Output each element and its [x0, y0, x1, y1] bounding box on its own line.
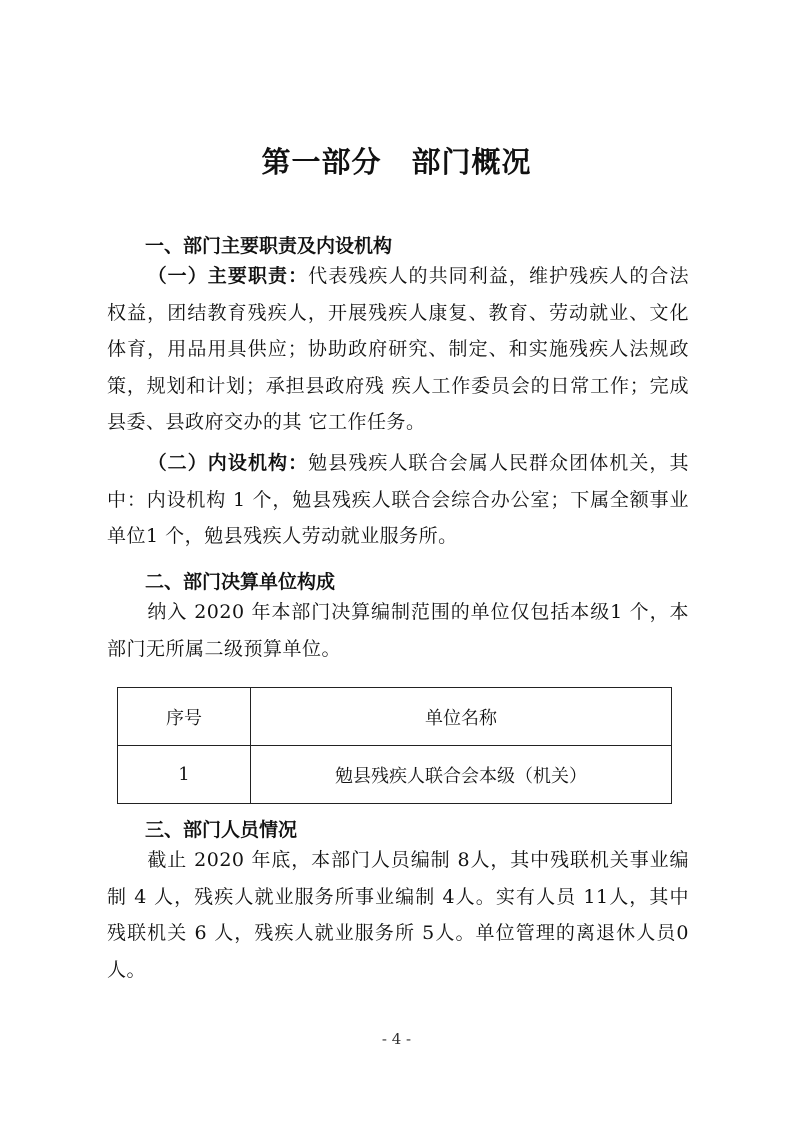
cell-unit-name: 勉县残疾人联合会本级（机关）: [251, 746, 672, 804]
section2-text: 纳入 2020 年本部门决算编制范围的单位仅包括本级1 个，本部门无所属二级预算…: [107, 601, 689, 660]
page-number: - 4 -: [0, 1030, 793, 1048]
section2-heading: 二、部门决算单位构成: [145, 567, 335, 594]
table-header-row: 序号 单位名称: [118, 688, 672, 746]
duties-text: 代表残疾人的共同利益，维护残疾人的合法权益，团结教育残疾人，开展残疾人康复、教育…: [107, 265, 689, 433]
units-table: 序号 单位名称 1 勉县残疾人联合会本级（机关）: [117, 687, 672, 804]
header-index: 序号: [118, 688, 251, 746]
header-unit-name: 单位名称: [251, 688, 672, 746]
duties-label: （一）主要职责：: [147, 265, 308, 287]
title-name: 部门概况: [412, 145, 532, 179]
title-part: 第一部分: [261, 145, 381, 179]
section3-text: 截止 2020 年底，本部门人员编制 8人，其中残联机关事业编制 4 人，残疾人…: [107, 849, 689, 981]
table-row: 1 勉县残疾人联合会本级（机关）: [118, 746, 672, 804]
section3-paragraph: 截止 2020 年底，本部门人员编制 8人，其中残联机关事业编制 4 人，残疾人…: [107, 842, 689, 988]
page-title: 第一部分部门概况: [0, 140, 793, 181]
structure-label: （二）内设机构：: [147, 452, 308, 474]
section1-heading: 一、部门主要职责及内设机构: [145, 231, 392, 258]
section2-paragraph: 纳入 2020 年本部门决算编制范围的单位仅包括本级1 个，本部门无所属二级预算…: [107, 594, 689, 667]
cell-index: 1: [118, 746, 251, 804]
duties-paragraph: （一）主要职责：代表残疾人的共同利益，维护残疾人的合法权益，团结教育残疾人，开展…: [107, 258, 689, 441]
structure-paragraph: （二）内设机构：勉县残疾人联合会属人民群众团体机关，其中：内设机构 1 个，勉县…: [107, 445, 689, 555]
section3-heading: 三、部门人员情况: [145, 815, 297, 842]
